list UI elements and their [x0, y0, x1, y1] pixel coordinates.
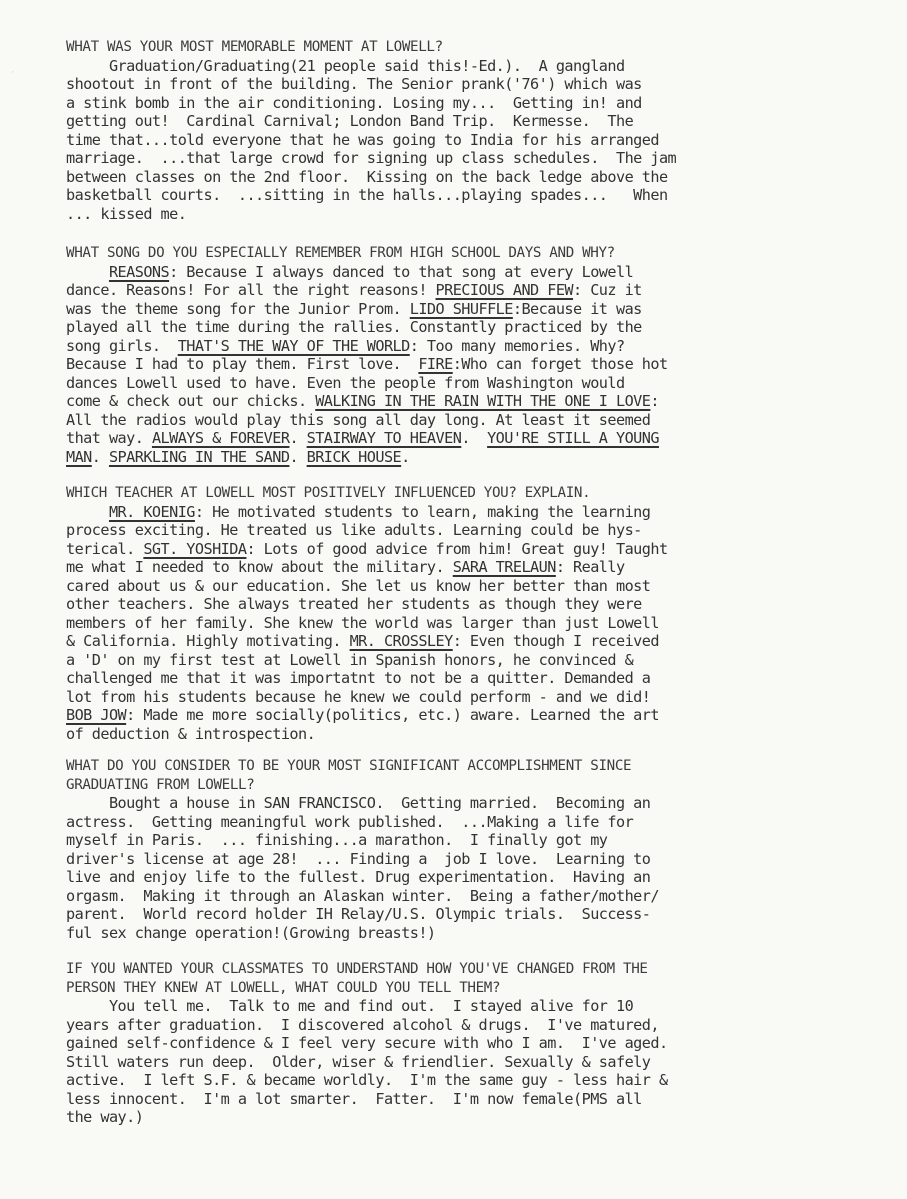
answer-line: orgasm. Making it through an Alaskan win… [66, 887, 659, 906]
answer-text: come & check out our chicks. [66, 392, 315, 410]
question-heading: WHAT WAS YOUR MOST MEMORABLE MOMENT AT L… [66, 38, 676, 57]
underlined-title: MR. CROSSLEY [350, 632, 453, 650]
answer-text: : Cuz it [573, 281, 642, 299]
section-remembered-song: WHAT SONG DO YOU ESPECIALLY REMEMBER FRO… [66, 244, 668, 466]
answer-text: Because I had to play them. First love. [66, 355, 418, 373]
answer-line: myself in Paris. ... finishing...a marat… [66, 831, 659, 850]
answer-line: members of her family. She knew the worl… [66, 614, 668, 633]
answer-text: process exciting. He treated us like adu… [66, 521, 642, 539]
answer-text: me what I needed to know about the milit… [66, 558, 453, 576]
answer-line: was the theme song for the Junior Prom. … [66, 300, 668, 319]
answer-text: song girls. [66, 337, 178, 355]
answer-line: me what I needed to know about the milit… [66, 558, 668, 577]
answer-text: ful sex change operation!(Growing breast… [66, 924, 436, 942]
answer-line: All the radios would play this song all … [66, 411, 668, 430]
underlined-title: SPARKLING IN THE SAND [109, 448, 289, 466]
answer-text: Still waters run deep. Older, wiser & fr… [66, 1053, 650, 1071]
section-influential-teacher: WHICH TEACHER AT LOWELL MOST POSITIVELY … [66, 484, 668, 743]
answer-line: gained self-confidence & I feel very sec… [66, 1034, 668, 1053]
answer-line: that way. ALWAYS & FOREVER. STAIRWAY TO … [66, 429, 668, 448]
answer-text: time that...told everyone that he was go… [66, 131, 659, 149]
answer-line: active. I left S.F. & became worldly. I'… [66, 1071, 668, 1090]
answer-text: played all the time during the rallies. … [66, 318, 642, 336]
margin-smudge: · [10, 68, 15, 76]
answer-line: getting out! Cardinal Carnival; London B… [66, 112, 676, 131]
answer-text: less innocent. I'm a lot smarter. Fatter… [66, 1090, 642, 1108]
answer-line: years after graduation. I discovered alc… [66, 1016, 668, 1035]
underlined-title: PRECIOUS AND FEW [436, 281, 574, 299]
answer-text [66, 263, 109, 281]
underlined-title: BOB JOW [66, 706, 126, 724]
answer-line: lot from his students because he knew we… [66, 688, 668, 707]
answer-text: getting out! Cardinal Carnival; London B… [66, 112, 633, 130]
question-heading: WHICH TEACHER AT LOWELL MOST POSITIVELY … [66, 484, 668, 503]
question-line: WHAT SONG DO YOU ESPECIALLY REMEMBER FRO… [66, 244, 668, 263]
answer-text: . [289, 448, 306, 466]
answer-line: parent. World record holder IH Relay/U.S… [66, 905, 659, 924]
section-significant-accomplishment: WHAT DO YOU CONSIDER TO BE YOUR MOST SIG… [66, 757, 659, 942]
answer-line: less innocent. I'm a lot smarter. Fatter… [66, 1090, 668, 1109]
answer-line: BOB JOW: Made me more socially(politics,… [66, 706, 668, 725]
answer-body: You tell me. Talk to me and find out. I … [66, 997, 668, 1127]
answer-text: ... kissed me. [66, 205, 186, 223]
answer-line: driver's license at age 28! ... Finding … [66, 850, 659, 869]
question-line: WHAT DO YOU CONSIDER TO BE YOUR MOST SIG… [66, 757, 659, 776]
answer-text: dance. Reasons! For all the right reason… [66, 281, 436, 299]
section-how-changed: IF YOU WANTED YOUR CLASSMATES TO UNDERST… [66, 960, 668, 1127]
underlined-title: SARA TRELAUN [453, 558, 556, 576]
underlined-title: BRICK HOUSE [307, 448, 402, 466]
answer-text: was the theme song for the Junior Prom. [66, 300, 410, 318]
answer-text: :Who can forget those hot [453, 355, 668, 373]
underlined-title: YOU'RE STILL A YOUNG [487, 429, 659, 447]
answer-line: Still waters run deep. Older, wiser & fr… [66, 1053, 668, 1072]
answer-line: of deduction & introspection. [66, 725, 668, 744]
answer-text: : Really [556, 558, 625, 576]
answer-line: process exciting. He treated us like adu… [66, 521, 668, 540]
answer-line: other teachers. She always treated her s… [66, 595, 668, 614]
answer-text: shootout in front of the building. The S… [66, 75, 642, 93]
question-heading: IF YOU WANTED YOUR CLASSMATES TO UNDERST… [66, 960, 668, 997]
answer-text: . [461, 429, 487, 447]
answer-text: a 'D' on my first test at Lowell in Span… [66, 651, 633, 669]
answer-text: lot from his students because he knew we… [66, 688, 650, 706]
answer-line: song girls. THAT'S THE WAY OF THE WORLD:… [66, 337, 668, 356]
answer-text [66, 503, 109, 521]
answer-text: a stink bomb in the air conditioning. Lo… [66, 94, 642, 112]
answer-text: : Too many memories. Why? [410, 337, 625, 355]
underlined-title: SGT. YOSHIDA [143, 540, 246, 558]
answer-text: active. I left S.F. & became worldly. I'… [66, 1071, 668, 1089]
answer-text: : Even though I received [453, 632, 659, 650]
answer-text: : Made me more socially(politics, etc.) … [126, 706, 659, 724]
answer-body: Graduation/Graduating(21 people said thi… [66, 57, 676, 224]
answer-text: . [289, 429, 306, 447]
underlined-title: MR. KOENIG [109, 503, 195, 521]
question-heading: WHAT SONG DO YOU ESPECIALLY REMEMBER FRO… [66, 244, 668, 263]
section-memorable-moment: WHAT WAS YOUR MOST MEMORABLE MOMENT AT L… [66, 38, 676, 223]
question-heading: WHAT DO YOU CONSIDER TO BE YOUR MOST SIG… [66, 757, 659, 794]
answer-text: challenged me that it was importatnt to … [66, 669, 650, 687]
answer-text: other teachers. She always treated her s… [66, 595, 642, 613]
answer-line: dances Lowell used to have. Even the peo… [66, 374, 668, 393]
answer-text: the way.) [66, 1108, 143, 1126]
answer-line: MAN. SPARKLING IN THE SAND. BRICK HOUSE. [66, 448, 668, 467]
answer-line: MR. KOENIG: He motivated students to lea… [66, 503, 668, 522]
answer-line: REASONS: Because I always danced to that… [66, 263, 668, 282]
answer-line: basketball courts. ...sitting in the hal… [66, 186, 676, 205]
answer-text: parent. World record holder IH Relay/U.S… [66, 905, 650, 923]
answer-text: live and enjoy life to the fullest. Drug… [66, 868, 650, 886]
underlined-title: LIDO SHUFFLE [410, 300, 513, 318]
question-line: GRADUATING FROM LOWELL? [66, 776, 659, 795]
answer-line: shootout in front of the building. The S… [66, 75, 676, 94]
answer-line: ... kissed me. [66, 205, 676, 224]
answer-line: marriage. ...that large crowd for signin… [66, 149, 676, 168]
underlined-title: THAT'S THE WAY OF THE WORLD [178, 337, 410, 355]
answer-text: marriage. ...that large crowd for signin… [66, 149, 676, 167]
question-line: WHAT WAS YOUR MOST MEMORABLE MOMENT AT L… [66, 38, 676, 57]
underlined-title: REASONS [109, 263, 169, 281]
answer-text: Bought a house in SAN FRANCISCO. Getting… [66, 794, 650, 812]
answer-text: :Because it was [513, 300, 642, 318]
answer-text: dances Lowell used to have. Even the peo… [66, 374, 625, 392]
answer-line: You tell me. Talk to me and find out. I … [66, 997, 668, 1016]
answer-line: live and enjoy life to the fullest. Drug… [66, 868, 659, 887]
answer-line: the way.) [66, 1108, 668, 1127]
answer-text: members of her family. She knew the worl… [66, 614, 659, 632]
answer-text: of deduction & introspection. [66, 725, 315, 743]
answer-text: basketball courts. ...sitting in the hal… [66, 186, 668, 204]
answer-line: terical. SGT. YOSHIDA: Lots of good advi… [66, 540, 668, 559]
answer-text: gained self-confidence & I feel very sec… [66, 1034, 668, 1052]
answer-body: REASONS: Because I always danced to that… [66, 263, 668, 467]
answer-line: time that...told everyone that he was go… [66, 131, 676, 150]
underlined-title: FIRE [418, 355, 452, 373]
answer-line: a 'D' on my first test at Lowell in Span… [66, 651, 668, 670]
answer-line: come & check out our chicks. WALKING IN … [66, 392, 668, 411]
answer-text: All the radios would play this song all … [66, 411, 650, 429]
answer-text: : He motivated students to learn, making… [195, 503, 650, 521]
answer-line: played all the time during the rallies. … [66, 318, 668, 337]
underlined-title: STAIRWAY TO HEAVEN [307, 429, 462, 447]
answer-text: : Lots of good advice from him! Great gu… [246, 540, 667, 558]
answer-body: Bought a house in SAN FRANCISCO. Getting… [66, 794, 659, 942]
answer-text: driver's license at age 28! ... Finding … [66, 850, 650, 868]
answer-text: : Because I always danced to that song a… [169, 263, 633, 281]
question-line: WHICH TEACHER AT LOWELL MOST POSITIVELY … [66, 484, 668, 503]
answer-text: cared about us & our education. She let … [66, 577, 650, 595]
answer-line: between classes on the 2nd floor. Kissin… [66, 168, 676, 187]
answer-line: challenged me that it was importatnt to … [66, 669, 668, 688]
answer-text: years after graduation. I discovered alc… [66, 1016, 659, 1034]
answer-text: between classes on the 2nd floor. Kissin… [66, 168, 668, 186]
answer-text: myself in Paris. ... finishing...a marat… [66, 831, 607, 849]
answer-line: Graduation/Graduating(21 people said thi… [66, 57, 676, 76]
answer-body: MR. KOENIG: He motivated students to lea… [66, 503, 668, 744]
question-line: PERSON THEY KNEW AT LOWELL, WHAT COULD Y… [66, 979, 668, 998]
answer-line: Bought a house in SAN FRANCISCO. Getting… [66, 794, 659, 813]
answer-text: & California. Highly motivating. [66, 632, 350, 650]
underlined-title: MAN [66, 448, 92, 466]
answer-line: actress. Getting meaningful work publish… [66, 813, 659, 832]
answer-text: You tell me. Talk to me and find out. I … [66, 997, 633, 1015]
answer-line: Because I had to play them. First love. … [66, 355, 668, 374]
answer-line: dance. Reasons! For all the right reason… [66, 281, 668, 300]
answer-text: . [92, 448, 109, 466]
answer-line: a stink bomb in the air conditioning. Lo… [66, 94, 676, 113]
answer-text: : [650, 392, 659, 410]
answer-text: that way. [66, 429, 152, 447]
answer-line: ful sex change operation!(Growing breast… [66, 924, 659, 943]
underlined-title: WALKING IN THE RAIN WITH THE ONE I LOVE [315, 392, 650, 410]
question-line: IF YOU WANTED YOUR CLASSMATES TO UNDERST… [66, 960, 668, 979]
answer-text: terical. [66, 540, 143, 558]
answer-text: actress. Getting meaningful work publish… [66, 813, 633, 831]
answer-text: Graduation/Graduating(21 people said thi… [66, 57, 625, 75]
answer-line: & California. Highly motivating. MR. CRO… [66, 632, 668, 651]
underlined-title: ALWAYS & FOREVER [152, 429, 290, 447]
answer-line: cared about us & our education. She let … [66, 577, 668, 596]
answer-text: . [401, 448, 410, 466]
answer-text: orgasm. Making it through an Alaskan win… [66, 887, 659, 905]
